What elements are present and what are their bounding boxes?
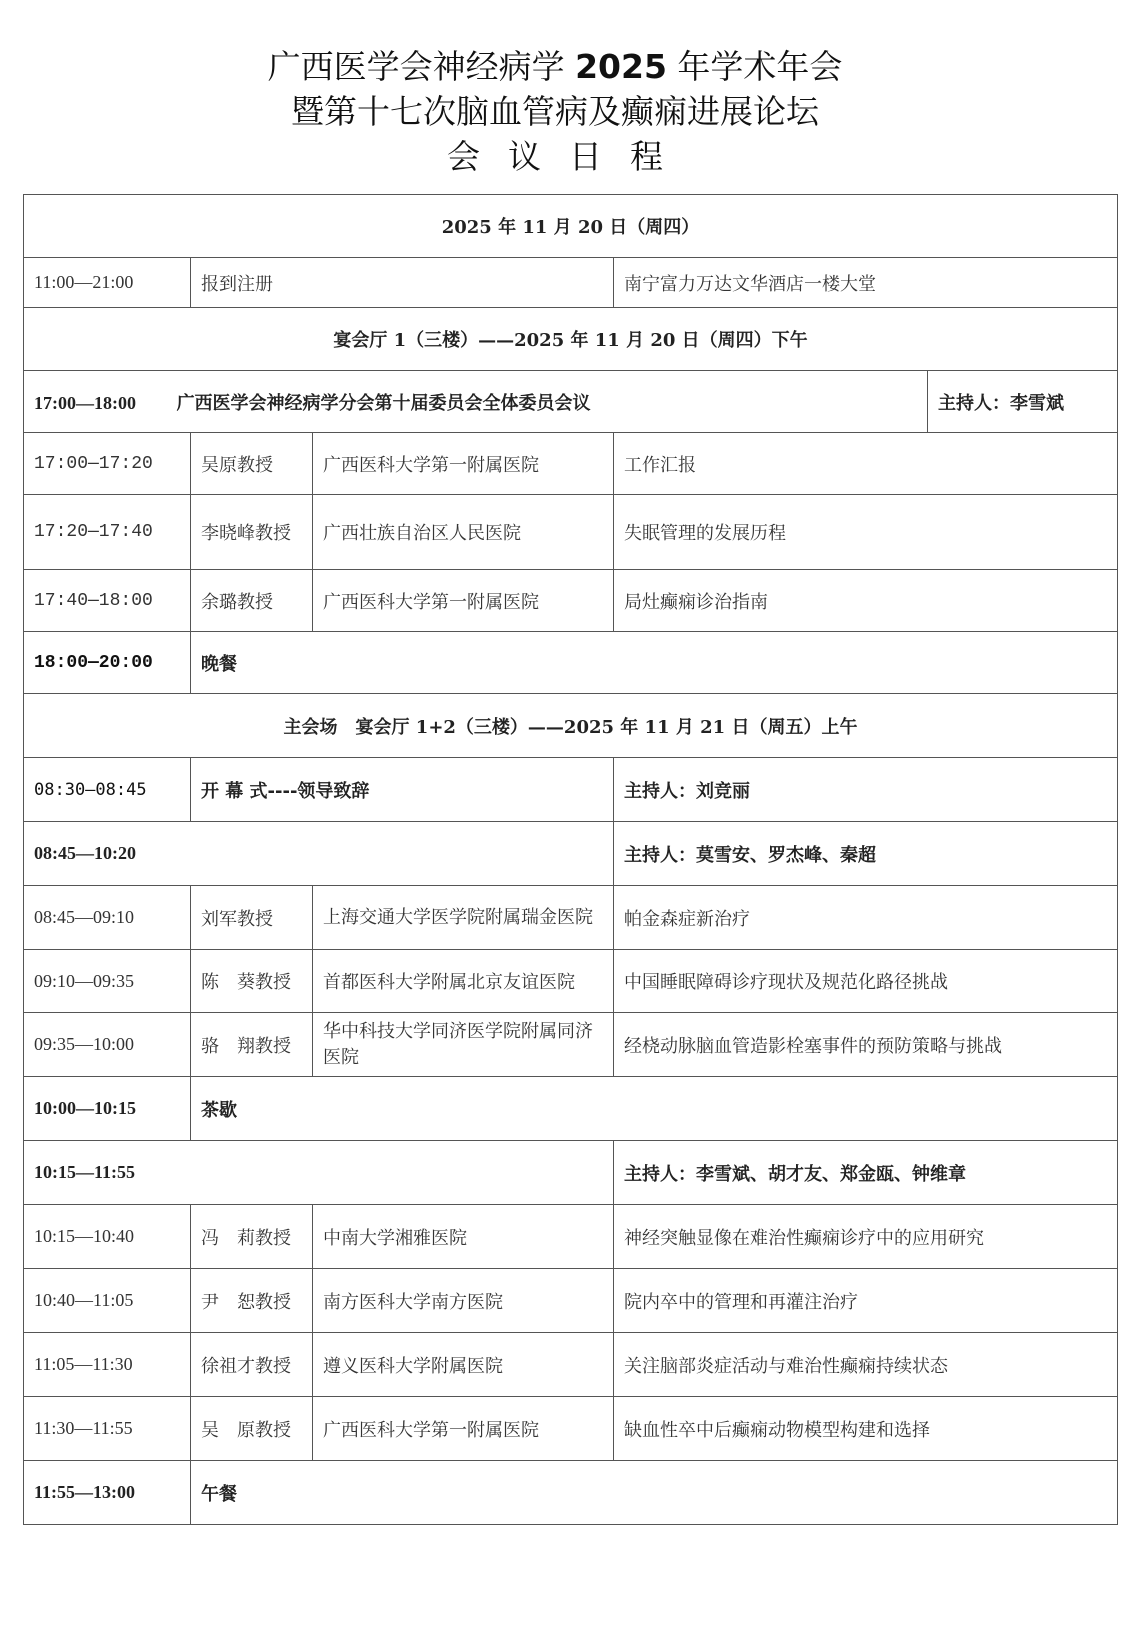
registration-row: 11:00—21:00 报到注册 南宁富力万达文华酒店一楼大堂 (24, 258, 1118, 308)
hospital-cell: 上海交通大学医学院附属瑞金医院 (313, 886, 614, 950)
time-cell: 10:15—10:40 (24, 1205, 191, 1269)
title-line-2: 暨第十七次脑血管病及癫痫进展论坛 (0, 89, 1110, 134)
topic-cell: 中国睡眠障碍诊疗现状及规范化路径挑战 (614, 950, 1118, 1013)
topic-cell: 失眠管理的发展历程 (614, 495, 1118, 570)
time-cell: 10:40—11:05 (24, 1269, 191, 1333)
speaker-cell: 吴原教授 (191, 433, 313, 495)
session-time: 10:15—11:55 (24, 1141, 614, 1205)
opening-row: 08:30—08:45 开 幕 式----领导致辞 主持人：刘竞丽 (24, 758, 1118, 822)
speaker-cell: 徐祖才教授 (191, 1333, 313, 1397)
session-row: 10:15—11:55 主持人：李雪斌、胡才友、郑金瓯、钟维章 (24, 1141, 1118, 1205)
schedule-table: 2025 年 11 月 20 日（周四） 11:00—21:00 报到注册 南宁… (23, 194, 1118, 1525)
hospital-cell: 华中科技大学同济医学院附属同济医院 (313, 1013, 614, 1077)
speaker-cell: 骆 翔教授 (191, 1013, 313, 1077)
time-cell: 17:20—17:40 (24, 495, 191, 570)
hospital-cell: 中南大学湘雅医院 (313, 1205, 614, 1269)
session-time: 08:45—10:20 (24, 822, 614, 886)
tea-break-row: 10:00—10:15 茶歇 (24, 1077, 1118, 1141)
time-cell: 08:30—08:45 (24, 758, 191, 822)
talk-row: 11:30—11:55 吴 原教授 广西医科大学第一附属医院 缺血性卒中后癫痫动… (24, 1397, 1118, 1461)
hospital-cell: 广西壮族自治区人民医院 (313, 495, 614, 570)
talk-row: 08:45—09:10 刘军教授 上海交通大学医学院附属瑞金医院 帕金森症新治疗 (24, 886, 1118, 950)
title-line-1: 广西医学会神经病学 2025 年学术年会 (0, 44, 1110, 89)
hall-header-row: 宴会厅 1（三楼）——2025 年 11 月 20 日（周四）下午 (24, 308, 1118, 371)
host-cell: 主持人：刘竞丽 (614, 758, 1118, 822)
date-header: 2025 年 11 月 20 日（周四） (24, 195, 1118, 258)
speaker-cell: 刘军教授 (191, 886, 313, 950)
time-cell: 11:00—21:00 (24, 258, 191, 308)
hospital-cell: 首都医科大学附属北京友谊医院 (313, 950, 614, 1013)
talk-row: 10:15—10:40 冯 莉教授 中南大学湘雅医院 神经突触显像在难治性癫痫诊… (24, 1205, 1118, 1269)
dinner-row: 18:00—20:00 晚餐 (24, 632, 1118, 694)
talk-row: 17:40—18:00 余璐教授 广西医科大学第一附属医院 局灶癫痫诊治指南 (24, 570, 1118, 632)
speaker-cell: 冯 莉教授 (191, 1205, 313, 1269)
event-cell: 茶歇 (191, 1077, 1118, 1141)
session-row: 17:00—18:00 广西医学会神经病学分会第十届委员会全体委员会议 主持人：… (24, 371, 1118, 433)
time-cell: 17:00—17:20 (24, 433, 191, 495)
hospital-cell: 遵义医科大学附属医院 (313, 1333, 614, 1397)
hospital-cell: 南方医科大学南方医院 (313, 1269, 614, 1333)
time-cell: 11:05—11:30 (24, 1333, 191, 1397)
topic-cell: 院内卒中的管理和再灌注治疗 (614, 1269, 1118, 1333)
session-title: 广西医学会神经病学分会第十届委员会全体委员会议 (177, 393, 591, 414)
speaker-cell: 陈 葵教授 (191, 950, 313, 1013)
event-cell: 午餐 (191, 1461, 1118, 1525)
hall-header: 宴会厅 1（三楼）——2025 年 11 月 20 日（周四）下午 (24, 308, 1118, 371)
event-cell: 晚餐 (191, 632, 1118, 694)
event-cell: 开 幕 式----领导致辞 (191, 758, 614, 822)
title-line-3: 会议日程 (0, 134, 1110, 179)
topic-cell: 工作汇报 (614, 433, 1118, 495)
speaker-cell: 尹 恕教授 (191, 1269, 313, 1333)
time-cell: 09:10—09:35 (24, 950, 191, 1013)
talk-row: 10:40—11:05 尹 恕教授 南方医科大学南方医院 院内卒中的管理和再灌注… (24, 1269, 1118, 1333)
host-cell: 主持人：李雪斌、胡才友、郑金瓯、钟维章 (614, 1141, 1118, 1205)
session-row: 08:45—10:20 主持人：莫雪安、罗杰峰、秦超 (24, 822, 1118, 886)
time-cell: 08:45—09:10 (24, 886, 191, 950)
time-cell: 11:30—11:55 (24, 1397, 191, 1461)
topic-cell: 局灶癫痫诊治指南 (614, 570, 1118, 632)
speaker-cell: 余璐教授 (191, 570, 313, 632)
speaker-cell: 李晓峰教授 (191, 495, 313, 570)
time-cell: 10:00—10:15 (24, 1077, 191, 1141)
talk-row: 09:10—09:35 陈 葵教授 首都医科大学附属北京友谊医院 中国睡眠障碍诊… (24, 950, 1118, 1013)
session-time: 17:00—18:00 (34, 393, 136, 413)
hall-header: 主会场 宴会厅 1+2（三楼）——2025 年 11 月 21 日（周五）上午 (24, 694, 1118, 758)
event-cell: 报到注册 (191, 258, 614, 308)
lunch-row: 11:55—13:00 午餐 (24, 1461, 1118, 1525)
document-title: 广西医学会神经病学 2025 年学术年会 暨第十七次脑血管病及癫痫进展论坛 会议… (0, 44, 1110, 179)
time-cell: 17:40—18:00 (24, 570, 191, 632)
topic-cell: 经桡动脉脑血管造影栓塞事件的预防策略与挑战 (614, 1013, 1118, 1077)
talk-row: 17:20—17:40 李晓峰教授 广西壮族自治区人民医院 失眠管理的发展历程 (24, 495, 1118, 570)
hospital-cell: 广西医科大学第一附属医院 (313, 1397, 614, 1461)
talk-row: 11:05—11:30 徐祖才教授 遵义医科大学附属医院 关注脑部炎症活动与难治… (24, 1333, 1118, 1397)
time-cell: 09:35—10:00 (24, 1013, 191, 1077)
topic-cell: 缺血性卒中后癫痫动物模型构建和选择 (614, 1397, 1118, 1461)
topic-cell: 神经突触显像在难治性癫痫诊疗中的应用研究 (614, 1205, 1118, 1269)
session-title-cell: 17:00—18:00 广西医学会神经病学分会第十届委员会全体委员会议 (24, 371, 928, 433)
hall-header-row: 主会场 宴会厅 1+2（三楼）——2025 年 11 月 21 日（周五）上午 (24, 694, 1118, 758)
time-cell: 11:55—13:00 (24, 1461, 191, 1525)
location-cell: 南宁富力万达文华酒店一楼大堂 (614, 258, 1118, 308)
host-cell: 主持人：莫雪安、罗杰峰、秦超 (614, 822, 1118, 886)
topic-cell: 帕金森症新治疗 (614, 886, 1118, 950)
host-cell: 主持人：李雪斌 (928, 371, 1118, 433)
time-cell: 18:00—20:00 (24, 632, 191, 694)
hospital-cell: 广西医科大学第一附属医院 (313, 570, 614, 632)
hospital-cell: 广西医科大学第一附属医院 (313, 433, 614, 495)
talk-row: 17:00—17:20 吴原教授 广西医科大学第一附属医院 工作汇报 (24, 433, 1118, 495)
topic-cell: 关注脑部炎症活动与难治性癫痫持续状态 (614, 1333, 1118, 1397)
talk-row: 09:35—10:00 骆 翔教授 华中科技大学同济医学院附属同济医院 经桡动脉… (24, 1013, 1118, 1077)
date-header-row: 2025 年 11 月 20 日（周四） (24, 195, 1118, 258)
speaker-cell: 吴 原教授 (191, 1397, 313, 1461)
